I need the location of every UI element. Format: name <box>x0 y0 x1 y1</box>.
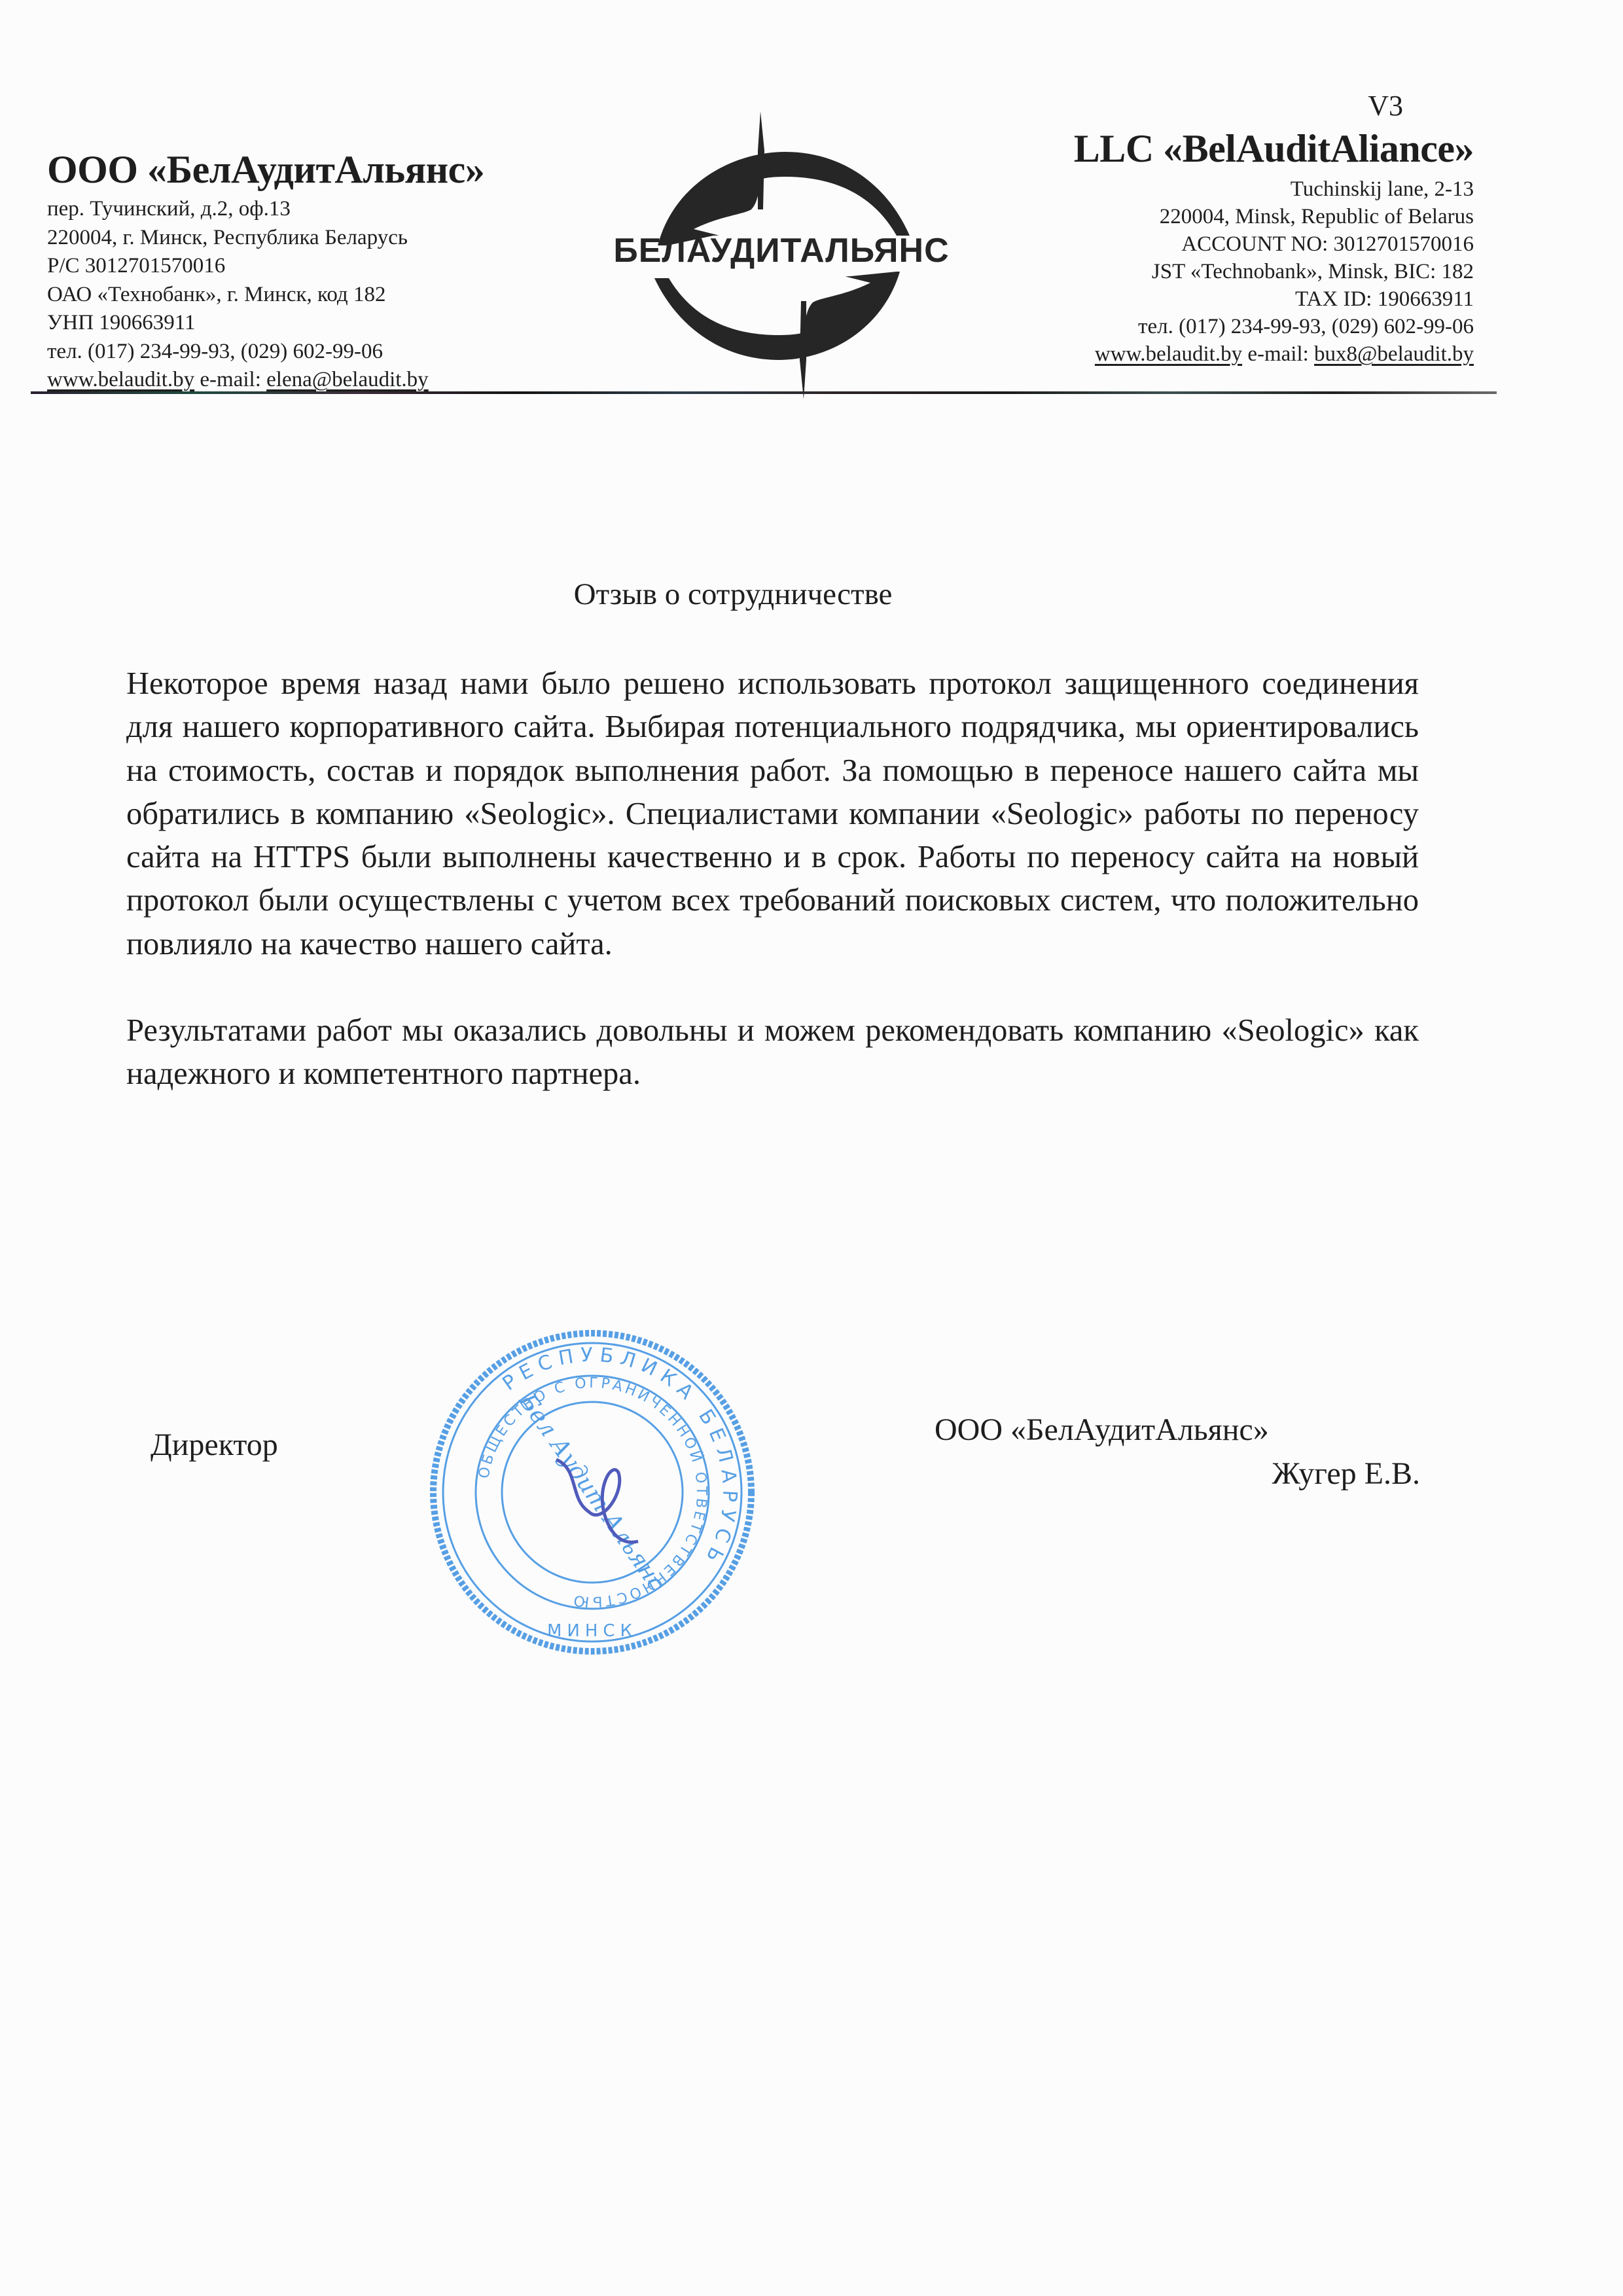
stamp-city: МИНСК <box>547 1621 637 1641</box>
city-line: 220004, г. Минск, Республика Беларусь <box>47 224 558 253</box>
document-title: Отзыв о сотрудничестве <box>0 575 1466 614</box>
address-line: пер. Тучинский, д.2, оф.13 <box>47 195 558 224</box>
version-label: V3 <box>976 86 1403 126</box>
header-left-russian: ООО «БелАудитАльянс» пер. Тучинский, д.2… <box>47 145 558 395</box>
company-name-en: LLC «BelAuditAliance» <box>976 126 1474 171</box>
website-link[interactable]: www.belaudit.by <box>47 368 194 391</box>
email-label: e-mail: <box>200 368 260 391</box>
paragraph-1: Некоторое время назад нами было решено и… <box>126 662 1419 966</box>
header-right-english: V3 LLC «BelAuditAliance» Tuchinskij lane… <box>976 86 1474 368</box>
signatory-organization: ООО «БелАудитАльянс» <box>935 1410 1269 1450</box>
tax-id-line: УНП 190663911 <box>47 309 558 338</box>
letter-body: Некоторое время назад нами было решено и… <box>126 662 1419 1096</box>
email-link[interactable]: elena@belaudit.by <box>266 368 429 391</box>
header-divider <box>31 391 1497 394</box>
logo-wordmark: БЕЛАУДИТАЛЬЯНС <box>598 231 965 270</box>
website-link-en[interactable]: www.belaudit.by <box>1095 342 1242 366</box>
address-line-en: Tuchinskij lane, 2-13 <box>976 175 1474 203</box>
city-line-en: 220004, Minsk, Republic of Belarus <box>976 203 1474 230</box>
signatory-role: Директор <box>151 1426 278 1465</box>
email-label-en: e-mail: <box>1247 342 1308 366</box>
account-line: Р/С 3012701570016 <box>47 252 558 281</box>
company-seal-stamp-icon: РЕСПУБЛИКА БЕЛАРУСЬ ОБЩЕСТВО С ОГРАНИЧЕН… <box>429 1329 756 1656</box>
phone-line: тел. (017) 234-99-93, (029) 602-99-06 <box>47 338 558 367</box>
paragraph-2: Результатами работ мы оказались довольны… <box>126 1009 1419 1096</box>
letter-page: ООО «БелАудитАльянс» пер. Тучинский, д.2… <box>0 0 1623 2296</box>
email-link-en[interactable]: bux8@belaudit.by <box>1314 342 1474 366</box>
company-logo: БЕЛАУДИТАЛЬЯНС <box>589 111 969 399</box>
bank-line: ОАО «Технобанк», г. Минск, код 182 <box>47 281 558 310</box>
bank-line-en: JST «Technobank», Minsk, BIC: 182 <box>976 258 1474 285</box>
contact-line: www.belaudit.by e-mail: elena@belaudit.b… <box>47 366 558 395</box>
company-name-ru: ООО «БелАудитАльянс» <box>47 145 558 194</box>
account-line-en: ACCOUNT NO: 3012701570016 <box>976 230 1474 258</box>
signatory-name: Жугер Е.В. <box>1272 1454 1420 1494</box>
paragraph-spacer <box>126 966 1419 1009</box>
contact-line-en: www.belaudit.by e-mail: bux8@belaudit.by <box>976 340 1474 368</box>
tax-id-line-en: TAX ID: 190663911 <box>976 285 1474 313</box>
phone-line-en: тел. (017) 234-99-93, (029) 602-99-06 <box>976 313 1474 340</box>
